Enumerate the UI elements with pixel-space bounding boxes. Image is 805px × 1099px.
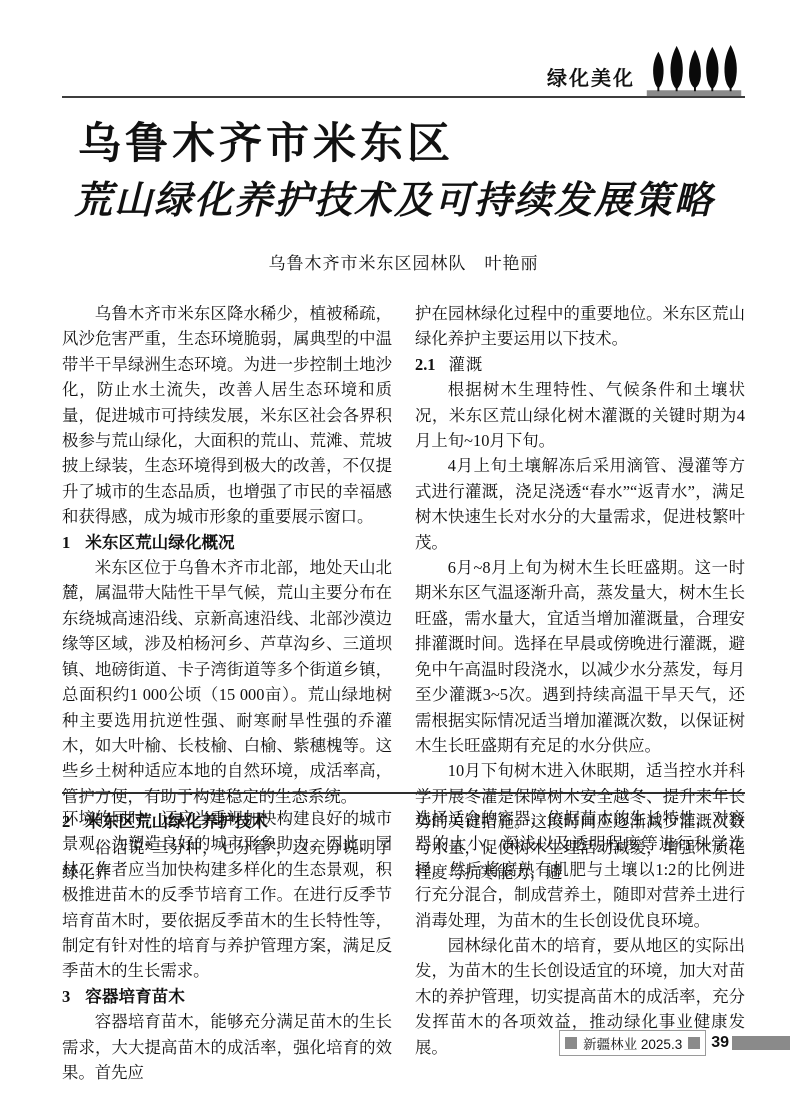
column-top-left: 乌鲁木齐市米东区降水稀少，植被稀疏，风沙危害严重，生态环境脆弱，属典型的中温带半… — [62, 301, 392, 885]
heading-title: 灌溉 — [449, 355, 484, 374]
subsection-heading: 2.1灌溉 — [415, 352, 745, 377]
column-top-right: 护在园林绿化过程中的重要地位。米东区荒山绿化养护主要运用以下技术。2.1灌溉根据… — [415, 301, 745, 885]
heading-number: 1 — [62, 533, 70, 552]
paragraph: 容器培育苗木，能够充分满足苗木的生长需求，大大提高苗木的成活率，强化培育的效果。… — [62, 1009, 392, 1085]
paragraph: 米东区位于乌鲁木齐市北部，地处天山北麓，属温带大陆性干旱气候，荒山主要分布在东绕… — [62, 555, 392, 809]
paragraph: 护在园林绿化过程中的重要地位。米东区荒山绿化养护主要运用以下技术。 — [415, 301, 745, 352]
trees-logo-icon — [643, 44, 745, 97]
article-title-block: 乌鲁木齐市米东区 荒山绿化养护技术及可持续发展策略 乌鲁木齐市米东区园林队 叶艳… — [62, 120, 745, 274]
paragraph: 6月~8月上旬为树木生长旺盛期。这一时期米东区气温逐渐升高，蒸发量大，树木生长旺… — [415, 555, 745, 758]
journal-page: 绿化美化 乌鲁木齐市米东区 荒山绿化养护技术及可持续发展策略 乌鲁木齐市米东区园… — [0, 0, 805, 1099]
section-divider — [62, 792, 745, 794]
footer-square-icon — [688, 1037, 700, 1049]
heading-title: 米东区荒山绿化概况 — [85, 533, 234, 552]
heading-title: 容器培育苗木 — [85, 987, 185, 1006]
paragraph: 选择适合的容器，依据苗木的生长特性，对容器的大小、深浅以及透明程度等进行科学选择… — [415, 806, 745, 933]
footer-bar — [732, 1036, 790, 1050]
footer-square-icon — [565, 1037, 577, 1049]
article-title-line2: 荒山绿化养护技术及可持续发展策略 — [74, 179, 745, 225]
article-title-line1: 乌鲁木齐市米东区 — [78, 120, 745, 169]
paragraph: 4月上旬土壤解冻后采用滴管、漫灌等方式进行灌溉，浇足浇透“春水”“返青水”，满足… — [415, 453, 745, 555]
section-label: 绿化美化 — [547, 62, 635, 97]
journal-issue-box: 新疆林业 2025.3 — [559, 1030, 706, 1056]
paragraph: 乌鲁木齐市米东区降水稀少，植被稀疏，风沙危害严重，生态环境脆弱，属典型的中温带半… — [62, 301, 392, 530]
journal-issue-label: 新疆林业 2025.3 — [583, 1033, 682, 1053]
page-header: 绿化美化 — [62, 44, 745, 97]
top-section: 乌鲁木齐市米东区降水稀少，植被稀疏，风沙危害严重，生态环境脆弱，属典型的中温带半… — [62, 301, 745, 885]
section-heading: 3容器培育苗木 — [62, 984, 392, 1009]
paragraph: 环境的同时，还应当重视加快构建良好的城市景观，为塑造良好的城市形象助力。因此，园… — [62, 806, 392, 984]
heading-number: 3 — [62, 987, 70, 1006]
page-footer: 新疆林业 2025.3 39 — [559, 1033, 790, 1053]
article-byline: 乌鲁木齐市米东区园林队 叶艳丽 — [62, 249, 745, 274]
header-rule — [62, 96, 745, 98]
heading-number: 2.1 — [415, 355, 436, 374]
column-bottom-left: 环境的同时，还应当重视加快构建良好的城市景观，为塑造良好的城市形象助力。因此，园… — [62, 806, 392, 1085]
page-number: 39 — [711, 1034, 729, 1052]
section-heading: 1米东区荒山绿化概况 — [62, 530, 392, 555]
paragraph: 根据树木生理特性、气候条件和土壤状况，米东区荒山绿化树木灌溉的关键时期为4月上旬… — [415, 377, 745, 453]
